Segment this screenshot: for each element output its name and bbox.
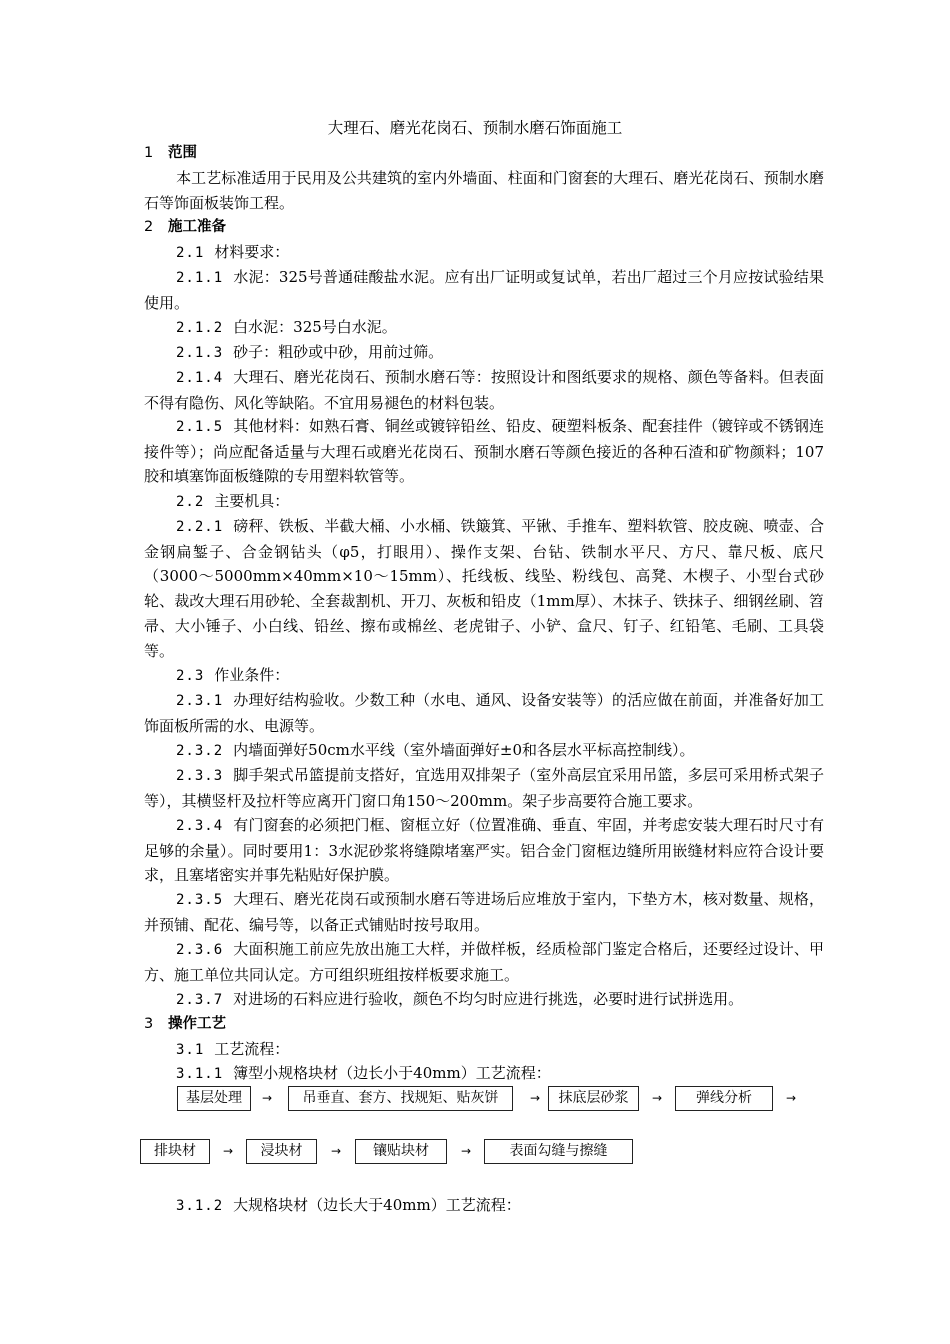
flow-step-arrange-blocks: 排块材 (140, 1139, 210, 1164)
arrow-right-icon: → (786, 1091, 796, 1105)
document-title: 大理石、磨光花岗石、预制水磨石饰面施工 (0, 116, 950, 140)
section-1-paragraph: 本工艺标准适用于民用及公共建筑的室内外墙面、柱面和门窗套的大理石、磨光花岗石、预… (144, 166, 824, 215)
item-2-3-3: 2.3.3脚手架式吊篮提前支搭好，宜选用双排架子（室外高层宜采用吊篮，多层可采用… (144, 763, 824, 813)
flow-step-base-mortar: 抹底层砂浆 (548, 1086, 639, 1111)
flow-step-base-treatment: 基层处理 (177, 1086, 251, 1111)
item-3-1-2: 3.1.2大规格块材（边长大于40mm）工艺流程： (176, 1193, 521, 1219)
section-number: 2 (144, 215, 168, 240)
arrow-right-icon: → (223, 1144, 233, 1158)
flow-step-joint-finish: 表面勾缝与擦缝 (484, 1139, 633, 1164)
item-2-3-1: 2.3.1办理好结构验收。少数工种（水电、通风、设备安装等）的活应做在前面，并准… (144, 688, 824, 738)
section-heading-text: 操作工艺 (168, 1016, 226, 1032)
flow-step-soak-blocks: 浸块材 (246, 1139, 317, 1164)
arrow-right-icon: → (530, 1091, 540, 1105)
section-number: 1 (144, 141, 168, 166)
item-2-3-6: 2.3.6大面积施工前应先放出施工大样，并做样板，经质检部门鉴定合格后，还要经过… (144, 937, 824, 987)
item-3-1: 3.1工艺流程： (176, 1037, 289, 1063)
item-2-1: 2.1材料要求： (176, 240, 289, 266)
section-heading-text: 范围 (168, 145, 197, 161)
item-2-1-1: 2.1.1水泥：325号普通硅酸盐水泥。应有出厂证明或复试单，若出厂超过三个月应… (144, 265, 824, 315)
section-number: 3 (144, 1012, 168, 1037)
item-2-3-7: 2.3.7对进场的石料应进行验收，颜色不均匀时应进行挑选，必要时进行试拼选用。 (176, 987, 743, 1013)
item-2-3-4: 2.3.4有门窗套的必须把门框、窗框立好（位置准确、垂直、牢固，并考虑安装大理石… (144, 813, 824, 888)
section-heading-3: 3操作工艺 (144, 1012, 226, 1037)
section-heading-1: 1范围 (144, 141, 197, 166)
item-2-1-5: 2.1.5其他材料：如熟石膏、铜丝或镀锌铅丝、铅皮、硬塑料板条、配套挂件（镀锌或… (144, 414, 824, 489)
arrow-right-icon: → (652, 1091, 662, 1105)
item-2-3-5: 2.3.5大理石、磨光花岗石或预制水磨石等进场后应堆放于室内，下垫方木，核对数量… (144, 887, 824, 937)
section-heading-2: 2施工准备 (144, 215, 226, 240)
flow-step-inlay-blocks: 镶贴块材 (355, 1139, 447, 1164)
arrow-right-icon: → (461, 1144, 471, 1158)
flow-step-plumb-square: 吊垂直、套方、找规矩、贴灰饼 (288, 1086, 513, 1111)
item-2-3-2: 2.3.2内墙面弹好50cm水平线（室外墙面弹好±0和各层水平标高控制线）。 (176, 738, 694, 764)
item-2-1-4: 2.1.4大理石、磨光花岗石、预制水磨石等：按照设计和图纸要求的规格、颜色等备料… (144, 365, 824, 415)
item-2-3: 2.3作业条件： (176, 663, 289, 689)
item-3-1-1: 3.1.1簿型小规格块材（边长小于40mm）工艺流程： (176, 1061, 551, 1087)
item-2-2: 2.2主要机具： (176, 489, 289, 515)
item-2-2-1: 2.2.1磅秤、铁板、半截大桶、小水桶、铁簸箕、平锹、手推车、塑料软管、胶皮碗、… (144, 514, 824, 663)
arrow-right-icon: → (331, 1144, 341, 1158)
item-2-1-3: 2.1.3砂子：粗砂或中砂，用前过筛。 (176, 340, 443, 366)
section-heading-text: 施工准备 (168, 219, 226, 235)
document-page: 大理石、磨光花岗石、预制水磨石饰面施工 1范围 本工艺标准适用于民用及公共建筑的… (0, 0, 950, 1344)
flow-step-line-layout: 弹线分析 (675, 1086, 773, 1111)
item-2-1-2: 2.1.2白水泥：325号白水泥。 (176, 315, 397, 341)
arrow-right-icon: → (262, 1091, 272, 1105)
